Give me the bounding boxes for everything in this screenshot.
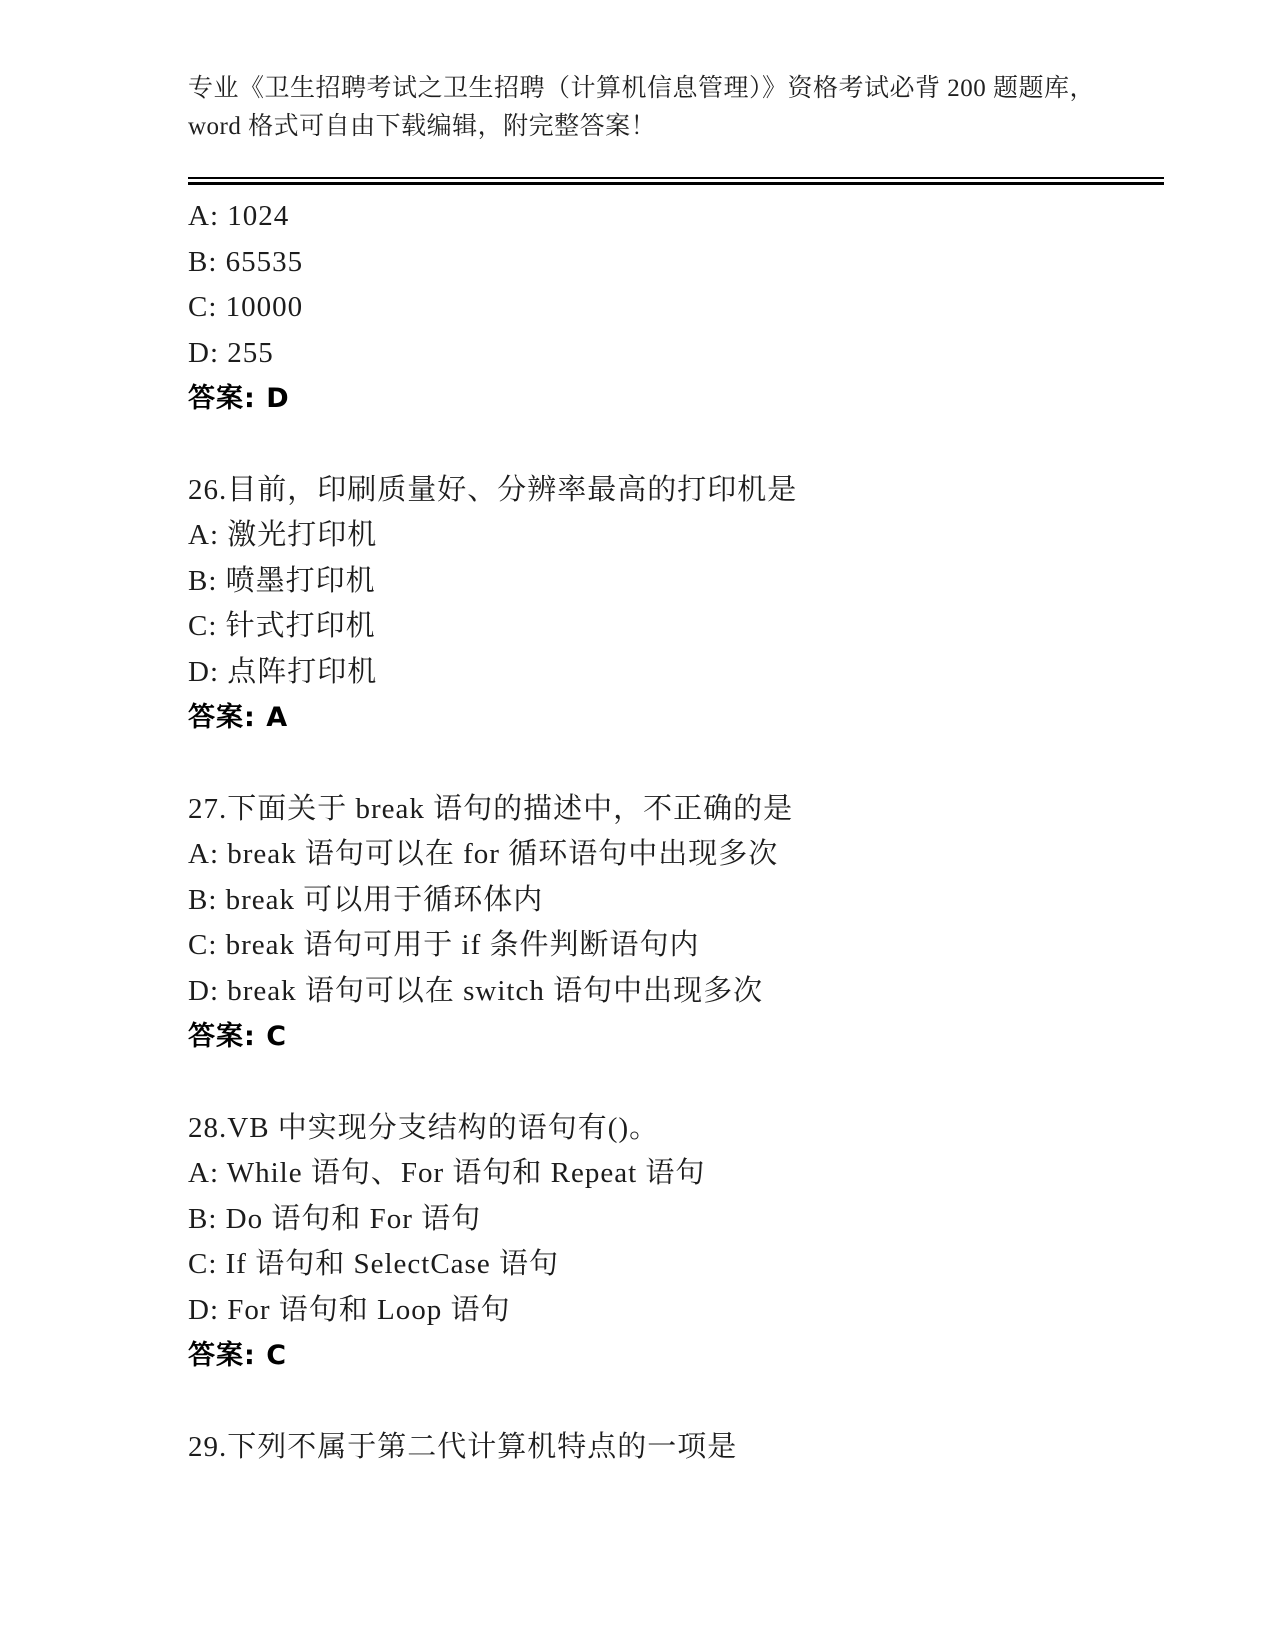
option-line: A: While 语句、For 语句和 Repeat 语句 xyxy=(188,1151,1188,1197)
question-block-27: 27.下面关于 break 语句的描述中，不正确的是 A: break 语句可以… xyxy=(188,787,1188,1060)
question-block-continuation: A: 1024 B: 65535 C: 10000 D: 255 答案: D xyxy=(188,194,1188,422)
page-header: 专业《卫生招聘考试之卫生招聘（计算机信息管理）》资格考试必背 200 题题库， … xyxy=(188,70,1178,146)
option-line: B: 65535 xyxy=(188,240,1188,286)
question-block-26: 26.目前，印刷质量好、分辨率最高的打印机是 A: 激光打印机 B: 喷墨打印机… xyxy=(188,468,1188,741)
option-line: D: For 语句和 Loop 语句 xyxy=(188,1288,1188,1334)
option-line: C: break 语句可用于 if 条件判断语句内 xyxy=(188,923,1188,969)
question-title: 29.下列不属于第二代计算机特点的一项是 xyxy=(188,1425,1188,1471)
option-line: B: 喷墨打印机 xyxy=(188,559,1188,605)
header-divider-thick xyxy=(188,182,1164,185)
answer-line: 答案: D xyxy=(188,376,1188,422)
document-page: 专业《卫生招聘考试之卫生招聘（计算机信息管理）》资格考试必背 200 题题库， … xyxy=(0,0,1275,1650)
header-divider-thin xyxy=(188,177,1164,179)
option-line: B: break 可以用于循环体内 xyxy=(188,878,1188,924)
answer-line: 答案: A xyxy=(188,695,1188,741)
option-line: C: 10000 xyxy=(188,285,1188,331)
option-line: D: break 语句可以在 switch 语句中出现多次 xyxy=(188,969,1188,1015)
option-line: C: 针式打印机 xyxy=(188,604,1188,650)
question-title: 26.目前，印刷质量好、分辨率最高的打印机是 xyxy=(188,468,1188,514)
question-block-29: 29.下列不属于第二代计算机特点的一项是 xyxy=(188,1425,1188,1471)
question-block-28: 28.VB 中实现分支结构的语句有()。 A: While 语句、For 语句和… xyxy=(188,1106,1188,1379)
option-line: D: 点阵打印机 xyxy=(188,650,1188,696)
header-title-line2: word 格式可自由下载编辑，附完整答案！ xyxy=(188,108,1178,146)
document-body: A: 1024 B: 65535 C: 10000 D: 255 答案: D 2… xyxy=(188,194,1188,1470)
option-line: A: break 语句可以在 for 循环语句中出现多次 xyxy=(188,832,1188,878)
option-line: A: 激光打印机 xyxy=(188,513,1188,559)
answer-line: 答案: C xyxy=(188,1333,1188,1379)
header-title-line1: 专业《卫生招聘考试之卫生招聘（计算机信息管理）》资格考试必背 200 题题库， xyxy=(188,70,1178,108)
option-line: D: 255 xyxy=(188,331,1188,377)
answer-line: 答案: C xyxy=(188,1014,1188,1060)
option-line: B: Do 语句和 For 语句 xyxy=(188,1197,1188,1243)
question-title: 28.VB 中实现分支结构的语句有()。 xyxy=(188,1106,1188,1152)
question-title: 27.下面关于 break 语句的描述中，不正确的是 xyxy=(188,787,1188,833)
option-line: C: If 语句和 SelectCase 语句 xyxy=(188,1242,1188,1288)
option-line: A: 1024 xyxy=(188,194,1188,240)
